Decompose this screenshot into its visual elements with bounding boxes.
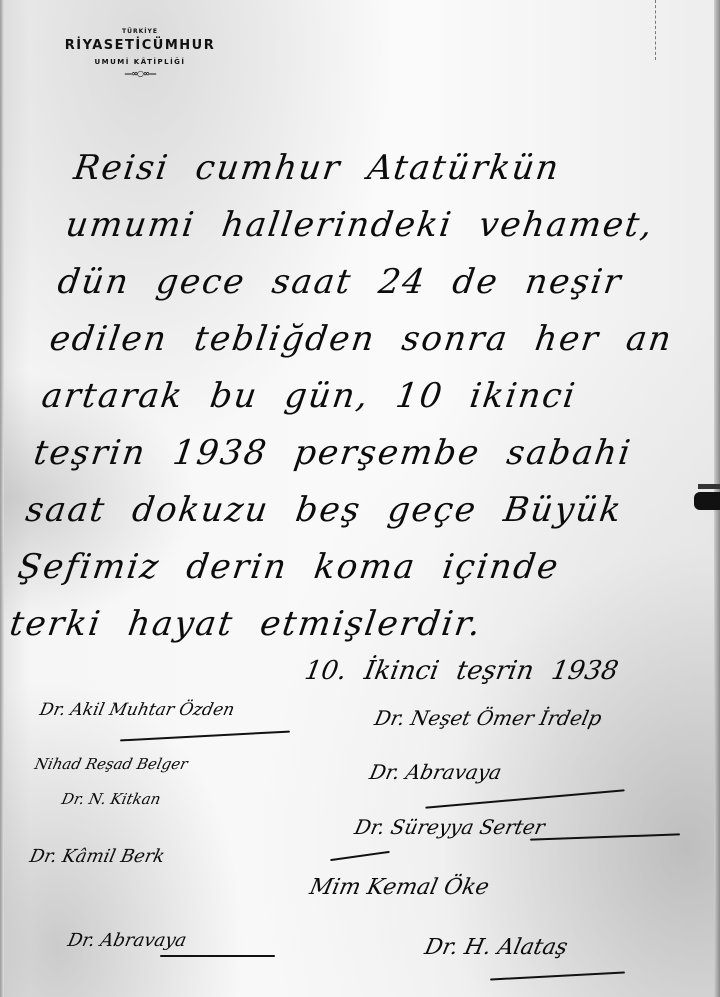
signature: Dr. Neşet Ömer İrdelp	[372, 706, 603, 730]
signature: Dr. Abravaya	[66, 930, 189, 951]
signature: Nihad Reşad Belger	[33, 755, 189, 773]
body-line: umumi hallerindeki vehamet,	[62, 197, 710, 254]
body-line: teşrin 1938 perşembe sabahi	[30, 425, 678, 482]
signature: Dr. Abravaya	[367, 760, 503, 784]
signature: Dr. Kâmil Berk	[28, 846, 167, 867]
signature-underline	[120, 731, 290, 742]
signature: Dr. H. Alataş	[422, 935, 570, 960]
body-line: dün gece saat 24 de neşir	[54, 254, 702, 311]
document-date: 10. İkinci teşrin 1938	[302, 656, 620, 686]
signature-underline	[490, 971, 625, 980]
signature: Dr. Akil Muhtar Özden	[38, 700, 236, 720]
paper-crease	[655, 0, 657, 60]
paper-clip	[694, 492, 720, 510]
document-page: TÜRKİYE RİYASETİCÜMHUR UMUMİ KÂTİPLİĞİ —…	[0, 0, 720, 997]
body-line: edilen tebliğden sonra her an	[46, 311, 694, 368]
body-line: Şefimiz derin koma içinde	[14, 539, 662, 596]
signature-underline	[425, 789, 624, 808]
signature-underline	[530, 833, 680, 840]
signature-underline	[160, 955, 275, 957]
body-line: saat dokuzu beş geçe Büyük	[22, 482, 670, 539]
letterhead-office: RİYASETİCÜMHUR	[40, 38, 240, 53]
signature-underline	[330, 851, 390, 861]
letterhead-ornament: —∞○∞—	[40, 69, 240, 78]
body-line: Reisi cumhur Atatürkün	[70, 140, 718, 197]
body-line: artarak bu gün, 10 ikinci	[38, 368, 686, 425]
signature: Dr. N. Kitkan	[60, 790, 162, 808]
handwritten-body: Reisi cumhur Atatürkün umumi hallerindek…	[6, 140, 718, 653]
letterhead-country: TÜRKİYE	[40, 28, 240, 35]
body-line: terki hayat etmişlerdir.	[6, 596, 654, 653]
letterhead: TÜRKİYE RİYASETİCÜMHUR UMUMİ KÂTİPLİĞİ —…	[40, 28, 240, 78]
paper-clip-top	[698, 484, 720, 489]
page-edge-left	[0, 0, 4, 997]
signature: Mim Kemal Öke	[307, 875, 491, 900]
letterhead-department: UMUMİ KÂTİPLİĞİ	[40, 58, 240, 66]
signature: Dr. Süreyya Serter	[352, 815, 547, 839]
